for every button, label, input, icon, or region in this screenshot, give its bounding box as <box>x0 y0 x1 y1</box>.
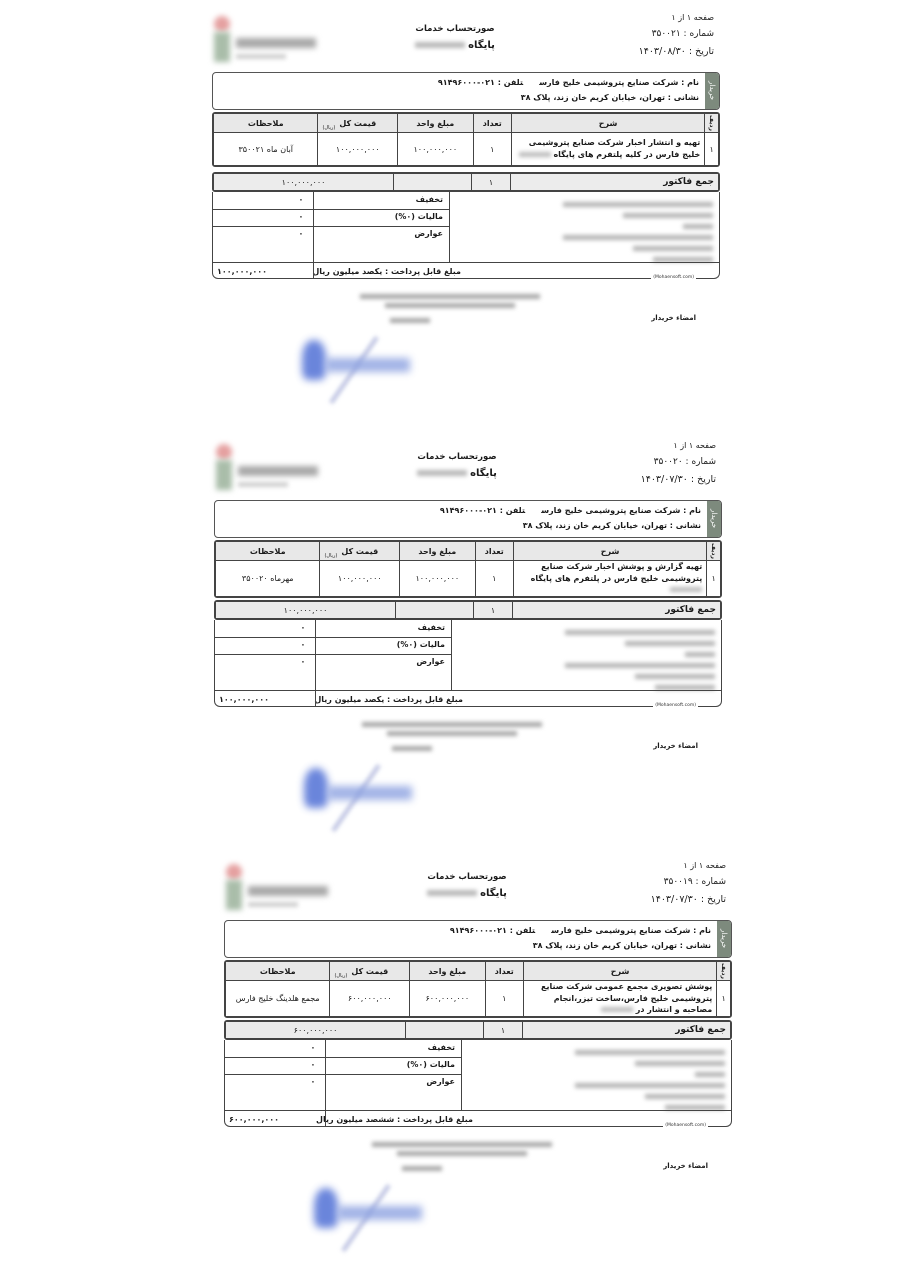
cell-unit-price: ۶۰۰,۰۰۰,۰۰۰ <box>410 981 485 1017</box>
payable-row: مبلغ قابل پرداخت : یکصد میلیون ریال ۱۰۰,… <box>213 262 719 279</box>
cell-total-price: ۱۰۰,۰۰۰,۰۰۰ <box>320 561 400 597</box>
buyer-box: خریدار نام : شرکت صنایع پتروشیمی خلیج فا… <box>224 920 732 958</box>
invoice-sum-row: جمع فاکتور ۱ ۶۰۰,۰۰۰,۰۰۰ <box>224 1020 732 1040</box>
tax-row: مالیات (۰%) ۰ <box>225 1057 461 1075</box>
description-redacted <box>601 1007 633 1012</box>
seller-stamp-redacted <box>298 756 428 846</box>
seller-stamp-redacted <box>308 1176 438 1266</box>
page-indicator: صفحه ۱ از ۱ <box>639 14 714 22</box>
invoice-summary: تخفیف ۰ مالیات (۰%) ۰ عوارض ۰ مبلغ قابل … <box>214 620 722 707</box>
buyer-tag: خریدار <box>707 501 721 537</box>
software-watermark: (Mohaensoft.com) <box>651 275 696 280</box>
duties-label: عوارض <box>416 657 445 666</box>
buyer-box: خریدار نام : شرکت صنایع پتروشیمی خلیج فا… <box>214 500 722 538</box>
invoice-summary: تخفیف ۰ مالیات (۰%) ۰ عوارض ۰ مبلغ قابل … <box>224 1040 732 1127</box>
invoice-title: صورتحساب خدمات <box>390 24 520 34</box>
payable-row: مبلغ قابل پرداخت : یکصد میلیون ریال ۱۰۰,… <box>215 690 721 707</box>
invoice-date: تاریخ : ۱۴۰۳/۰۸/۳۰ <box>639 47 714 57</box>
logo-flame-icon <box>226 864 242 880</box>
company-logo <box>208 16 318 66</box>
buyer-box: خریدار نام : شرکت صنایع پتروشیمی خلیج فا… <box>212 72 720 110</box>
payable-amount: ۶۰۰,۰۰۰,۰۰۰ <box>229 1115 321 1124</box>
invoice-date: تاریخ : ۱۴۰۳/۰۷/۳۰ <box>641 475 716 485</box>
invoice-title-block: صورتحساب خدمات پایگاه <box>390 24 520 51</box>
invoice-meta: صفحه ۱ از ۱ شماره : ۳۵۰۰۱۹ تاریخ : ۱۴۰۳/… <box>651 862 726 913</box>
tax-value: ۰ <box>307 1060 319 1069</box>
buyer-signature-label: امضاء خریدار <box>663 1162 708 1170</box>
header-total-price: قیمت کل(ریال) <box>320 542 400 561</box>
invoice-title: صورتحساب خدمات <box>402 872 532 882</box>
discount-row: تخفیف ۰ <box>225 1040 461 1058</box>
invoice-subtitle: پایگاه <box>390 40 520 51</box>
logo-subtitle-redacted <box>248 902 298 907</box>
buyer-signature-label: امضاء خریدار <box>651 314 696 322</box>
header-description: شرح <box>513 542 706 561</box>
discount-label: تخفیف <box>416 195 443 204</box>
items-header-row: ردیف شرح تعداد مبلغ واحد قیمت کل(ریال) م… <box>214 114 719 133</box>
header-unit-price: مبلغ واحد <box>398 114 473 133</box>
table-row: ۱ پوشش تصویری مجمع عمومی شرکت صنایع پترو… <box>226 981 731 1017</box>
duties-value: ۰ <box>295 229 307 238</box>
header-description: شرح <box>511 114 704 133</box>
currency-note: (ریال) <box>334 973 347 979</box>
buyer-name: نام : شرکت صنایع پتروشیمی خلیج فارس <box>551 926 711 935</box>
buyer-address: نشانی : تهران، خیابان کریم خان زند، پلاک… <box>521 93 699 102</box>
invoice-number: شماره : ۳۵۰۰۲۱ <box>639 30 714 39</box>
header-row-number: ردیف <box>707 542 721 561</box>
adjustments: تخفیف ۰ مالیات (۰%) ۰ عوارض ۰ <box>225 1040 461 1110</box>
logo-name-redacted <box>238 466 318 476</box>
buyer-tag: خریدار <box>705 73 719 109</box>
buyer-name: نام : شرکت صنایع پتروشیمی خلیج فارس <box>539 78 699 87</box>
header-qty: تعداد <box>485 962 523 981</box>
software-watermark: (Mohaensoft.com) <box>653 703 698 708</box>
logo-tower-icon <box>226 880 242 910</box>
logo-name-redacted <box>236 38 316 48</box>
header-total-price: قیمت کل(ریال) <box>318 114 398 133</box>
tax-row: مالیات (۰%) ۰ <box>215 637 451 655</box>
cell-notes: آبان ماه ۳۵۰۰۲۱ <box>214 133 318 166</box>
invoice-total-qty: ۱ <box>473 602 512 619</box>
tax-label: مالیات (۰%) <box>397 640 445 649</box>
duties-value: ۰ <box>297 657 309 666</box>
buyer-phone: تلفن : ۰۲۱-۹۱۴۹۶۰۰۰ <box>440 506 525 515</box>
invoice-total-label: جمع فاکتور <box>523 1022 731 1039</box>
header-row-number: ردیف <box>717 962 731 981</box>
tax-value: ۰ <box>295 212 307 221</box>
software-watermark: (Mohaensoft.com) <box>663 1123 708 1128</box>
cell-description: تهیه و انتشار اخبار شرکت صنایع پتروشیمی … <box>511 133 704 166</box>
cell-unit-price: ۱۰۰,۰۰۰,۰۰۰ <box>400 561 475 597</box>
buyer-tag: خریدار <box>717 921 731 957</box>
invoice-title-block: صورتحساب خدمات پایگاه <box>402 872 532 899</box>
payable-row: مبلغ قابل پرداخت : ششصد میلیون ریال ۶۰۰,… <box>225 1110 731 1127</box>
invoice-3: صورتحساب خدمات پایگاه صفحه ۱ از ۱ شماره … <box>212 856 732 1256</box>
invoice-total-price: ۱۰۰,۰۰۰,۰۰۰ <box>214 174 394 191</box>
tax-label: مالیات (۰%) <box>395 212 443 221</box>
logo-tower-icon <box>216 460 232 490</box>
invoice-subtitle: پایگاه <box>392 468 522 479</box>
buyer-address: نشانی : تهران، خیابان کریم خان زند، پلاک… <box>523 521 701 530</box>
header-total-price: قیمت کل(ریال) <box>330 962 410 981</box>
tax-label: مالیات (۰%) <box>407 1060 455 1069</box>
page-indicator: صفحه ۱ از ۱ <box>651 862 726 870</box>
payable-amount: ۱۰۰,۰۰۰,۰۰۰ <box>219 695 311 704</box>
discount-value: ۰ <box>297 623 309 632</box>
header-unit-price: مبلغ واحد <box>410 962 485 981</box>
logo-subtitle-redacted <box>236 54 286 59</box>
header-notes: ملاحظات <box>226 962 330 981</box>
adjustments: تخفیف ۰ مالیات (۰%) ۰ عوارض ۰ <box>213 192 449 262</box>
items-header-row: ردیف شرح تعداد مبلغ واحد قیمت کل(ریال) م… <box>216 542 721 561</box>
duties-label: عوارض <box>414 229 443 238</box>
page-indicator: صفحه ۱ از ۱ <box>641 442 716 450</box>
seller-stamp-redacted <box>296 328 426 418</box>
seller-address-redacted <box>350 290 550 327</box>
cell-unit-price: ۱۰۰,۰۰۰,۰۰۰ <box>398 133 473 166</box>
invoice-sum-row: جمع فاکتور ۱ ۱۰۰,۰۰۰,۰۰۰ <box>212 172 720 192</box>
items-header-row: ردیف شرح تعداد مبلغ واحد قیمت کل(ریال) م… <box>226 962 731 981</box>
logo-flame-icon <box>216 444 232 460</box>
bank-details-redacted <box>483 196 713 268</box>
payable-label: مبلغ قابل پرداخت : ششصد میلیون ریال <box>316 1115 473 1124</box>
seller-address-redacted <box>352 718 552 755</box>
discount-value: ۰ <box>307 1043 319 1052</box>
bank-details-redacted <box>495 1044 725 1116</box>
invoice-total-qty: ۱ <box>471 174 510 191</box>
header-notes: ملاحظات <box>216 542 320 561</box>
discount-row: تخفیف ۰ <box>213 192 449 210</box>
invoice-total-empty <box>406 1022 484 1039</box>
table-row: ۱ تهیه و انتشار اخبار شرکت صنایع پتروشیم… <box>214 133 719 166</box>
cell-row-number: ۱ <box>705 133 719 166</box>
invoice-date: تاریخ : ۱۴۰۳/۰۷/۳۰ <box>651 895 726 905</box>
adjustments: تخفیف ۰ مالیات (۰%) ۰ عوارض ۰ <box>215 620 451 690</box>
cell-total-price: ۶۰۰,۰۰۰,۰۰۰ <box>330 981 410 1017</box>
subtitle-redacted <box>415 42 465 48</box>
cell-notes: مجمع هلدینگ خلیج فارس <box>226 981 330 1017</box>
cell-qty: ۱ <box>473 133 511 166</box>
header-row-number: ردیف <box>705 114 719 133</box>
buyer-phone: تلفن : ۰۲۱-۹۱۴۹۶۰۰۰ <box>438 78 523 87</box>
logo-name-redacted <box>248 886 328 896</box>
cell-total-price: ۱۰۰,۰۰۰,۰۰۰ <box>318 133 398 166</box>
invoice-total-label: جمع فاکتور <box>513 602 721 619</box>
buyer-name: نام : شرکت صنایع پتروشیمی خلیج فارس <box>541 506 701 515</box>
payable-label: مبلغ قابل پرداخت : یکصد میلیون ریال <box>312 267 461 276</box>
cell-description: پوشش تصویری مجمع عمومی شرکت صنایع پتروشی… <box>523 981 716 1017</box>
header-qty: تعداد <box>473 114 511 133</box>
discount-row: تخفیف ۰ <box>215 620 451 638</box>
items-table: ردیف شرح تعداد مبلغ واحد قیمت کل(ریال) م… <box>214 540 722 598</box>
cell-row-number: ۱ <box>707 561 721 597</box>
buyer-signature-label: امضاء خریدار <box>653 742 698 750</box>
header-unit-price: مبلغ واحد <box>400 542 475 561</box>
logo-flame-icon <box>214 16 230 32</box>
buyer-phone: تلفن : ۰۲۱-۹۱۴۹۶۰۰۰ <box>450 926 535 935</box>
invoice-total-price: ۶۰۰,۰۰۰,۰۰۰ <box>226 1022 406 1039</box>
invoice-1: صورتحساب خدمات پایگاه صفحه ۱ از ۱ شماره … <box>200 8 720 408</box>
cell-notes: مهرماه ۳۵۰۰۲۰ <box>216 561 320 597</box>
duties-row: عوارض ۰ <box>213 226 449 262</box>
invoice-total-label: جمع فاکتور <box>511 174 719 191</box>
subtitle-redacted <box>427 890 477 896</box>
items-table: ردیف شرح تعداد مبلغ واحد قیمت کل(ریال) م… <box>224 960 732 1018</box>
cell-description: تهیه گزارش و پوشش اخبار شرکت صنایع پتروش… <box>513 561 706 597</box>
bank-details-redacted <box>485 624 715 696</box>
invoice-2: صورتحساب خدمات پایگاه صفحه ۱ از ۱ شماره … <box>202 436 722 836</box>
payable-amount: ۱۰۰,۰۰۰,۰۰۰ <box>217 267 309 276</box>
invoice-summary: تخفیف ۰ مالیات (۰%) ۰ عوارض ۰ مبلغ قابل … <box>212 192 720 279</box>
duties-label: عوارض <box>426 1077 455 1086</box>
invoice-title: صورتحساب خدمات <box>392 452 522 462</box>
seller-address-redacted <box>362 1138 562 1175</box>
duties-row: عوارض ۰ <box>225 1074 461 1110</box>
logo-tower-icon <box>214 32 230 62</box>
company-logo <box>220 864 330 914</box>
cell-qty: ۱ <box>485 981 523 1017</box>
description-redacted <box>519 152 551 157</box>
invoice-title-block: صورتحساب خدمات پایگاه <box>392 452 522 479</box>
tax-value: ۰ <box>297 640 309 649</box>
invoice-number: شماره : ۳۵۰۰۱۹ <box>651 878 726 887</box>
table-row: ۱ تهیه گزارش و پوشش اخبار شرکت صنایع پتر… <box>216 561 721 597</box>
invoice-number: شماره : ۳۵۰۰۲۰ <box>641 458 716 467</box>
currency-note: (ریال) <box>324 553 337 559</box>
subtitle-redacted <box>417 470 467 476</box>
duties-value: ۰ <box>307 1077 319 1086</box>
invoice-total-empty <box>394 174 472 191</box>
invoice-total-qty: ۱ <box>483 1022 522 1039</box>
duties-row: عوارض ۰ <box>215 654 451 690</box>
header-description: شرح <box>523 962 716 981</box>
invoice-meta: صفحه ۱ از ۱ شماره : ۳۵۰۰۲۰ تاریخ : ۱۴۰۳/… <box>641 442 716 493</box>
header-qty: تعداد <box>475 542 513 561</box>
discount-value: ۰ <box>295 195 307 204</box>
cell-qty: ۱ <box>475 561 513 597</box>
description-redacted <box>670 587 702 592</box>
header-notes: ملاحظات <box>214 114 318 133</box>
currency-note: (ریال) <box>322 125 335 131</box>
items-table: ردیف شرح تعداد مبلغ واحد قیمت کل(ریال) م… <box>212 112 720 167</box>
buyer-address: نشانی : تهران، خیابان کریم خان زند، پلاک… <box>533 941 711 950</box>
invoice-total-price: ۱۰۰,۰۰۰,۰۰۰ <box>216 602 396 619</box>
cell-row-number: ۱ <box>717 981 731 1017</box>
invoice-total-empty <box>396 602 474 619</box>
discount-label: تخفیف <box>418 623 445 632</box>
discount-label: تخفیف <box>428 1043 455 1052</box>
invoice-meta: صفحه ۱ از ۱ شماره : ۳۵۰۰۲۱ تاریخ : ۱۴۰۳/… <box>639 14 714 65</box>
company-logo <box>210 444 320 494</box>
payable-label: مبلغ قابل پرداخت : یکصد میلیون ریال <box>314 695 463 704</box>
logo-subtitle-redacted <box>238 482 288 487</box>
invoice-subtitle: پایگاه <box>402 888 532 899</box>
tax-row: مالیات (۰%) ۰ <box>213 209 449 227</box>
invoice-sum-row: جمع فاکتور ۱ ۱۰۰,۰۰۰,۰۰۰ <box>214 600 722 620</box>
